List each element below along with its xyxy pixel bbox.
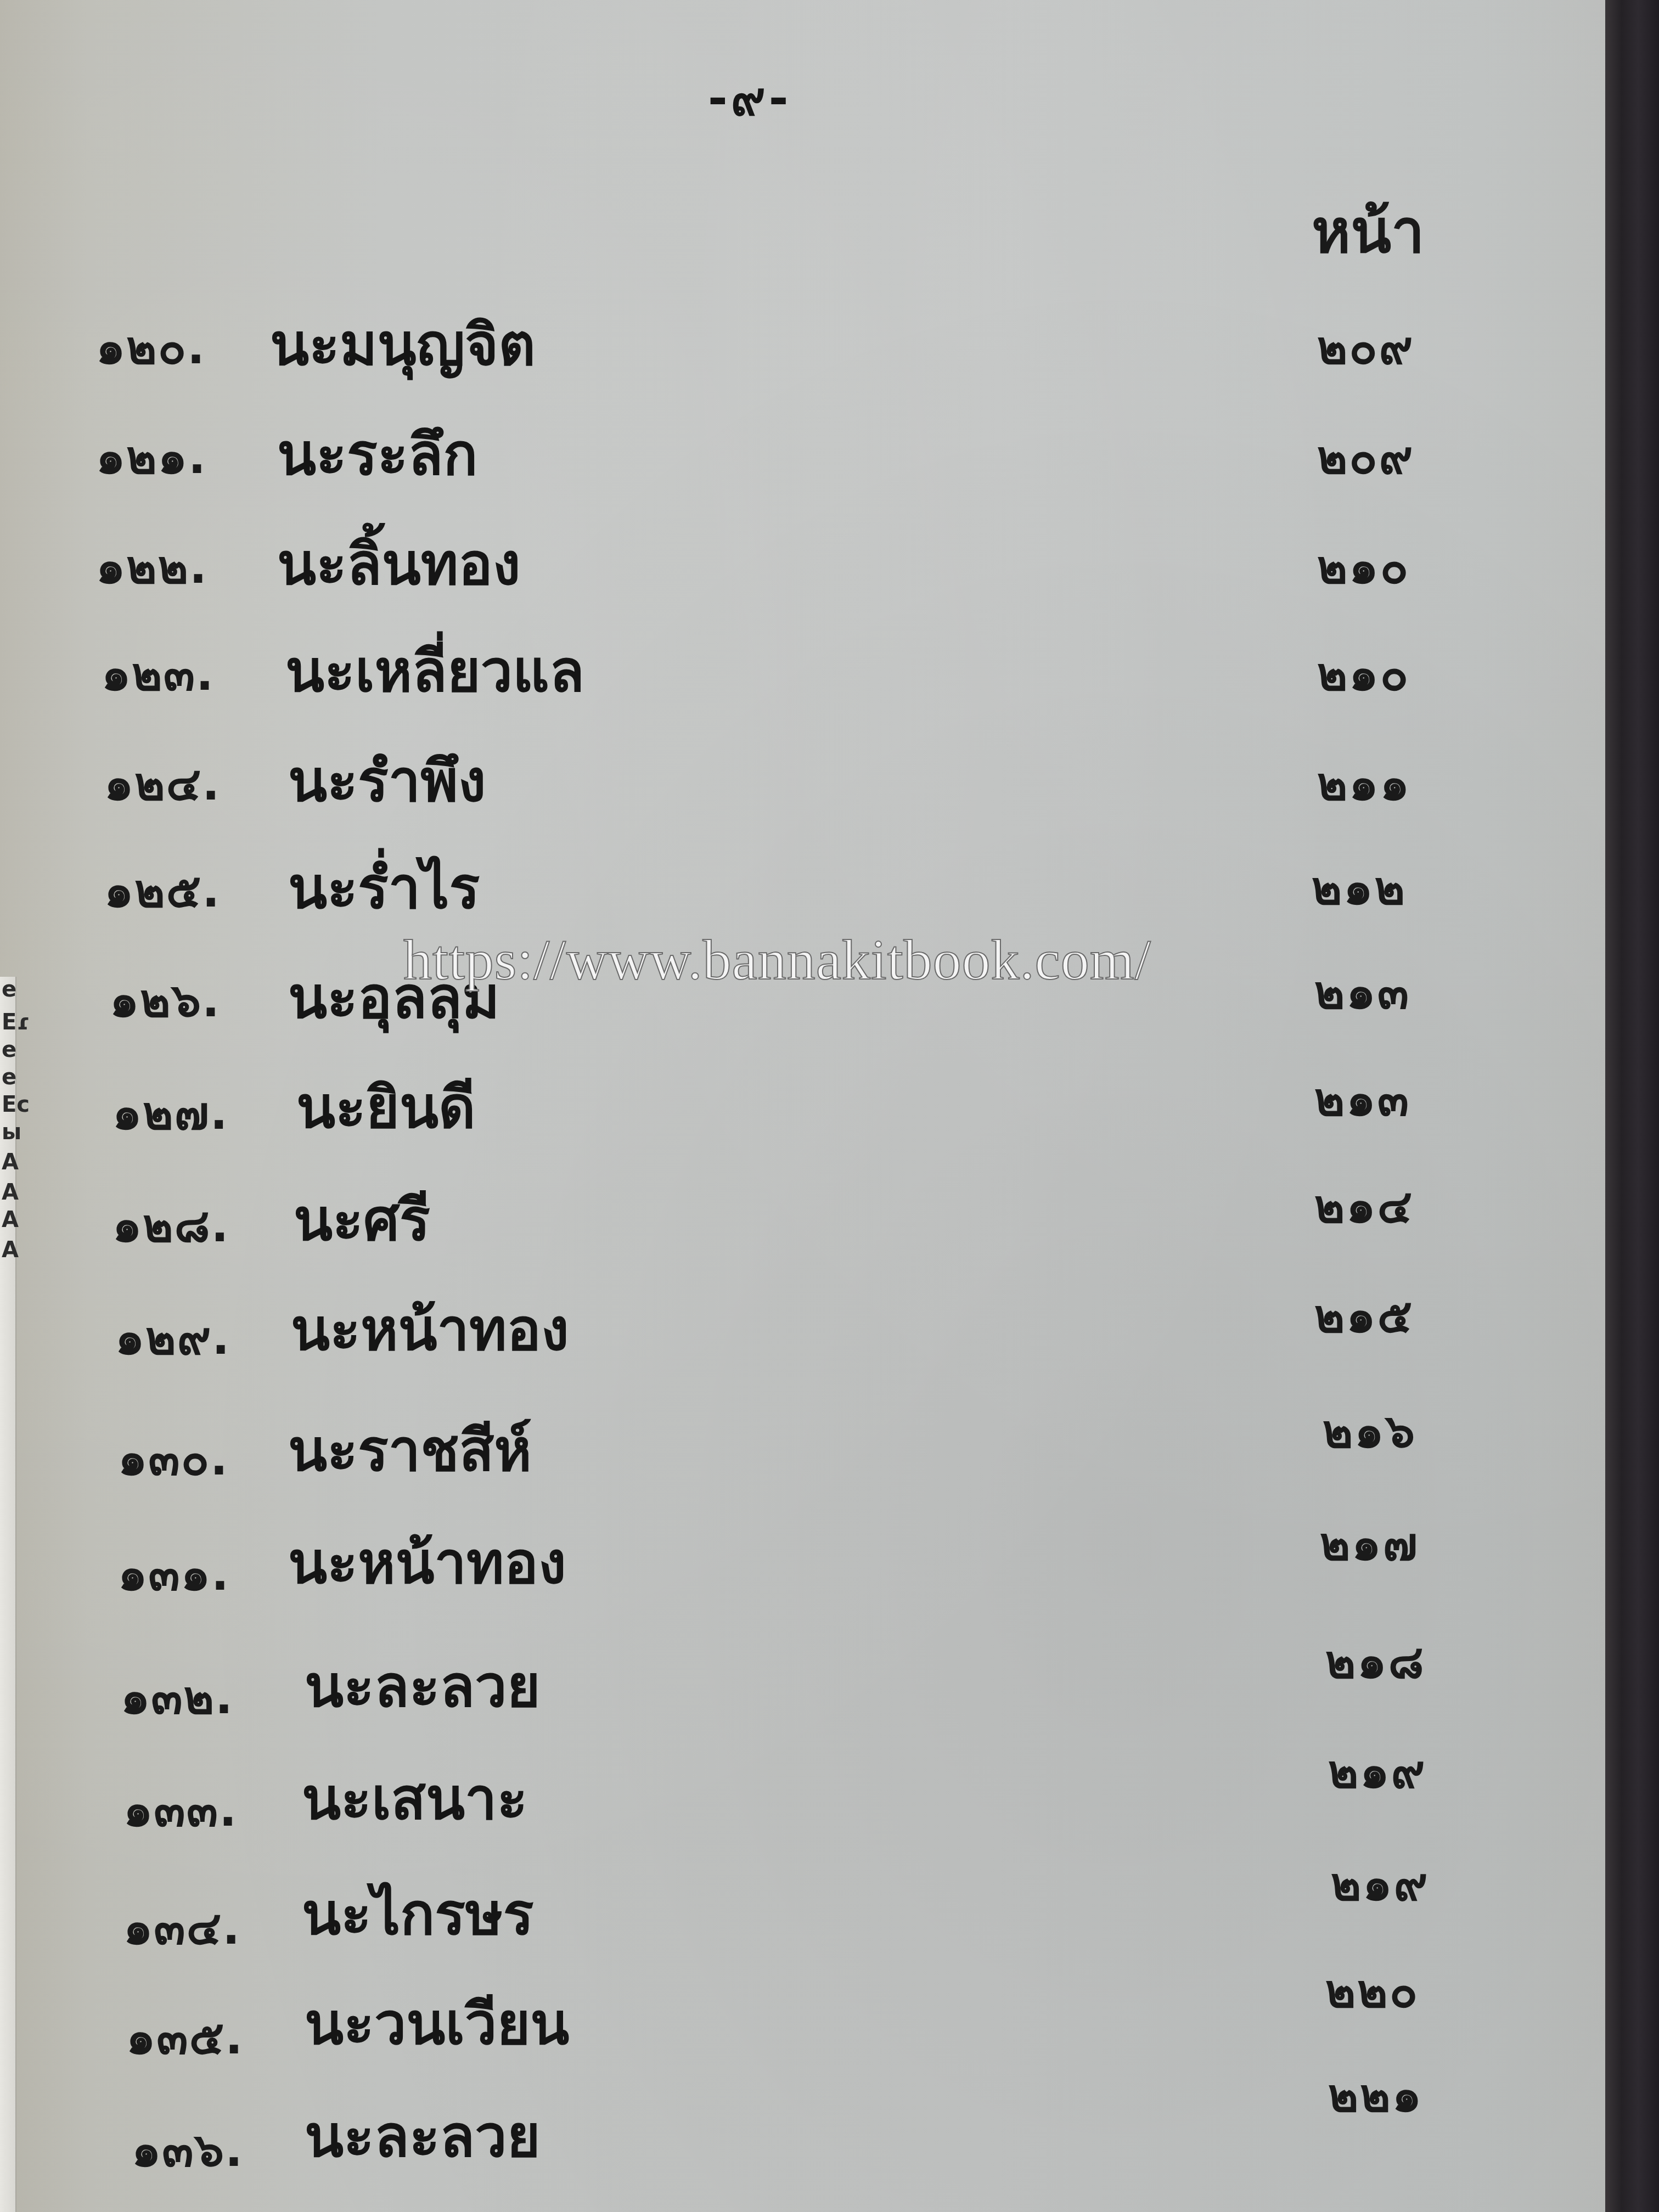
entry-page: ๒๑๓ bbox=[1314, 1062, 1410, 1135]
toc-entry: ๑๓๖. นะละลวย ๒๒๑ bbox=[0, 2091, 1605, 2173]
toc-entry: ๑๒๒. นะลิ้นทอง ๒๑๐ bbox=[0, 519, 1605, 601]
entry-number: ๑๒๙. bbox=[115, 1301, 230, 1374]
toc-entry: ๑๒๙. นะหน้าทอง ๒๑๕ bbox=[0, 1284, 1605, 1366]
entry-title: นะหน้าทอง bbox=[291, 1284, 569, 1375]
entry-page: ๒๒๑ bbox=[1328, 2058, 1423, 2131]
entry-page: ๒๒๐ bbox=[1325, 1954, 1419, 2027]
entry-page: ๒๑๒ bbox=[1312, 851, 1407, 924]
book-cover-edge bbox=[1605, 0, 1659, 2212]
entry-page: ๒๑๘ bbox=[1325, 1624, 1426, 1698]
entry-number: ๑๓๒. bbox=[121, 1660, 234, 1733]
toc-entry: ๑๓๓. นะเสนาะ ๒๑๙ bbox=[0, 1753, 1605, 1836]
entry-title: นะลิ้นทอง bbox=[277, 519, 521, 609]
entry-title: นะหน้าทอง bbox=[288, 1517, 566, 1608]
entry-number: ๑๓๖. bbox=[132, 2113, 244, 2186]
entry-page: ๒๑๐ bbox=[1317, 530, 1410, 603]
entry-title: นะมนุญจิต bbox=[270, 299, 536, 390]
toc-entry: ๑๒๑. นะระลึก ๒๐๙ bbox=[0, 409, 1605, 491]
toc-entry: ๑๒๐. นะมนุญจิต ๒๐๙ bbox=[0, 299, 1605, 381]
entry-number: ๑๒๐. bbox=[96, 310, 206, 384]
toc-entry: ๑๒๗. นะยินดี ๒๑๓ bbox=[0, 1062, 1605, 1144]
entry-page: ๒๑๑ bbox=[1317, 746, 1411, 820]
prev-page-text-fragment: e bbox=[2, 1037, 16, 1062]
entry-number: ๑๒๒. bbox=[96, 530, 208, 603]
entry-number: ๑๒๗. bbox=[113, 1076, 229, 1149]
entry-title: นะเสนาะ bbox=[302, 1753, 527, 1844]
entry-title: นะศรี bbox=[294, 1174, 430, 1265]
toc-entry: ๑๒๓. นะเหลี่ยวแล ๒๑๐ bbox=[0, 626, 1605, 708]
page-number-header: -๙- bbox=[708, 60, 791, 136]
toc-entry: ๑๓๑. นะหน้าทอง ๒๑๗ bbox=[0, 1517, 1605, 1600]
page-column-header: หน้า bbox=[1312, 184, 1425, 278]
entry-number: ๑๓๔. bbox=[123, 1890, 241, 1964]
toc-entry: ๑๒๘. นะศรี ๒๑๔ bbox=[0, 1172, 1605, 1254]
entry-title: นะละลวย bbox=[305, 2091, 541, 2181]
entry-title: นะละลวย bbox=[305, 1641, 541, 1731]
entry-number: ๑๓๓. bbox=[123, 1772, 238, 1846]
entry-number: ๑๒๔. bbox=[104, 746, 221, 820]
entry-title: นะระลึก bbox=[277, 409, 477, 499]
entry-page: ๒๑๐ bbox=[1317, 637, 1410, 710]
entry-number: ๑๒๖. bbox=[110, 963, 221, 1037]
entry-number: ๑๒๕. bbox=[104, 853, 221, 927]
entry-number: ๑๓๐. bbox=[118, 1421, 229, 1495]
entry-page: ๒๑๕ bbox=[1314, 1279, 1414, 1352]
entry-number: ๑๒๓. bbox=[102, 637, 215, 710]
entry-page: ๒๐๙ bbox=[1317, 310, 1414, 384]
toc-entry: ๑๓๐. นะราชสีห์ ๒๑๖ bbox=[0, 1402, 1605, 1484]
entry-title: นะรำพึง bbox=[288, 735, 486, 826]
entry-page: ๒๑๓ bbox=[1314, 955, 1410, 1028]
entry-page: ๒๑๔ bbox=[1314, 1169, 1414, 1242]
entry-title: นะวนเวียน bbox=[305, 1978, 569, 2069]
entry-title: นะเหลี่ยวแล bbox=[285, 626, 584, 716]
entry-page: ๒๑๙ bbox=[1331, 1847, 1429, 1920]
toc-entry: ๑๓๕. นะวนเวียน ๒๒๐ bbox=[0, 1978, 1605, 2061]
entry-number: ๑๓๕. bbox=[126, 2000, 244, 2074]
entry-page: ๒๐๙ bbox=[1317, 420, 1414, 493]
entry-title: นะยินดี bbox=[296, 1062, 476, 1152]
entry-title: นะราชสีห์ bbox=[288, 1405, 532, 1495]
entry-title: นะร่ำไร bbox=[288, 842, 480, 933]
toc-entry: ๑๓๒. นะละลวย ๒๑๘ bbox=[0, 1641, 1605, 1723]
entry-page: ๒๑๙ bbox=[1328, 1734, 1426, 1808]
entry-title: นะไกรษร bbox=[302, 1868, 534, 1959]
entry-number: ๑๒๑. bbox=[96, 420, 207, 493]
entry-number: ๑๒๘. bbox=[113, 1188, 229, 1262]
toc-entry: ๑๓๔. นะไกรษร ๒๑๙ bbox=[0, 1868, 1605, 1951]
toc-entry: ๑๒๔. นะรำพึง ๒๑๑ bbox=[0, 735, 1605, 818]
toc-entry: ๑๒๕. นะร่ำไร ๒๑๒ bbox=[0, 842, 1605, 925]
entry-page: ๒๑๗ bbox=[1320, 1506, 1419, 1580]
entry-number: ๑๓๑. bbox=[118, 1536, 230, 1610]
website-watermark: https://www.bannakitbook.com/ bbox=[403, 927, 1151, 993]
entry-page: ๒๑๖ bbox=[1323, 1394, 1416, 1467]
